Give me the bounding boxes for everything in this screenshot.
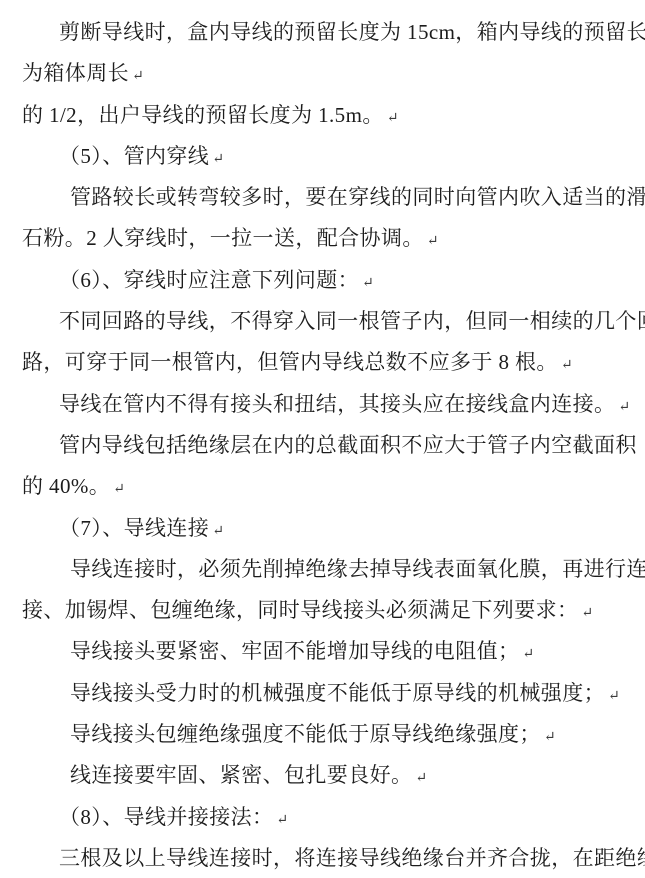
text-line: 接、加锡焊、包缠绝缘，同时导线接头必须满足下列要求：↵ <box>22 590 629 631</box>
paragraph-mark-icon: ↵ <box>415 771 427 786</box>
paragraph-mark-icon: ↵ <box>427 234 439 249</box>
line-text: 导线在管内不得有接头和扭结，其接头应在接线盒内连接。 <box>59 392 615 416</box>
text-line: 的 40%。↵ <box>22 466 629 507</box>
document-page: 剪断导线时，盒内导线的预留长度为 15cm，箱内导线的预留长度 为箱体周长↵ 的… <box>0 0 645 878</box>
line-text: 不同回路的导线，不得穿入同一根管子内，但同一相续的几个回 <box>59 309 645 333</box>
line-text: 的 40%。 <box>22 474 110 498</box>
line-text: 的 1/2，出户导线的预留长度为 1.5m。 <box>22 103 384 127</box>
line-text: 接、加锡焊、包缠绝缘，同时导线接头必须满足下列要求： <box>22 598 578 622</box>
text-line: 石粉。2 人穿线时，一拉一送，配合协调。↵ <box>22 218 629 259</box>
text-line: 管内导线包括绝缘层在内的总截面积不应大于管子内空截面积 <box>22 425 629 466</box>
line-text: 导线连接时，必须先削掉绝缘去掉导线表面氧化膜，再进行连 <box>70 557 645 581</box>
line-text: 导线接头要紧密、牢固不能增加导线的电阻值； <box>70 639 519 663</box>
paragraph-mark-icon: ↵ <box>212 152 224 167</box>
line-text: （6）、穿线时应注意下列问题： <box>59 268 359 292</box>
line-text: 为箱体周长 <box>22 61 129 85</box>
paragraph-mark-icon: ↵ <box>387 111 399 126</box>
line-text: 导线接头包缠绝缘强度不能低于原导线绝缘强度； <box>70 722 541 746</box>
text-line: 线连接要牢固、紧密、包扎要良好。↵ <box>22 755 629 796</box>
line-text: 剪断导线时，盒内导线的预留长度为 15cm，箱内导线的预留长度 <box>59 20 645 44</box>
text-line: （7）、导线连接↵ <box>22 508 629 549</box>
text-line: 导线接头要紧密、牢固不能增加导线的电阻值；↵ <box>22 631 629 672</box>
paragraph-mark-icon: ↵ <box>362 276 374 291</box>
paragraph-mark-icon: ↵ <box>561 358 573 373</box>
line-text: 石粉。2 人穿线时，一拉一送，配合协调。 <box>22 226 424 250</box>
paragraph-mark-icon: ↵ <box>522 647 534 662</box>
text-line: 三根及以上导线连接时，将连接导线绝缘台并齐合拢，在距绝缘 <box>22 838 629 878</box>
line-text: 管路较长或转弯较多时，要在穿线的同时向管内吹入适当的滑 <box>70 185 645 209</box>
paragraph-mark-icon: ↵ <box>276 813 288 828</box>
paragraph-mark-icon: ↵ <box>618 400 630 415</box>
line-text: 路，可穿于同一根管内，但管内导线总数不应多于 8 根。 <box>22 350 558 374</box>
text-line: （5）、管内穿线↵ <box>22 136 629 177</box>
paragraph-mark-icon: ↵ <box>113 482 125 497</box>
text-line: 剪断导线时，盒内导线的预留长度为 15cm，箱内导线的预留长度 <box>22 12 629 53</box>
text-line: 为箱体周长↵ <box>22 53 629 94</box>
text-line: 的 1/2，出户导线的预留长度为 1.5m。↵ <box>22 95 629 136</box>
text-line: 导线在管内不得有接头和扭结，其接头应在接线盒内连接。↵ <box>22 384 629 425</box>
text-line: 导线连接时，必须先削掉绝缘去掉导线表面氧化膜，再进行连 <box>22 549 629 590</box>
text-line: 管路较长或转弯较多时，要在穿线的同时向管内吹入适当的滑 <box>22 177 629 218</box>
line-text: 线连接要牢固、紧密、包扎要良好。 <box>70 763 412 787</box>
line-text: 三根及以上导线连接时，将连接导线绝缘台并齐合拢，在距绝缘 <box>59 846 645 870</box>
line-text: （5）、管内穿线 <box>59 144 209 168</box>
text-line: 导线接头包缠绝缘强度不能低于原导线绝缘强度；↵ <box>22 714 629 755</box>
text-line: 路，可穿于同一根管内，但管内导线总数不应多于 8 根。↵ <box>22 342 629 383</box>
paragraph-mark-icon: ↵ <box>132 69 144 84</box>
paragraph-mark-icon: ↵ <box>581 606 593 621</box>
text-line: 不同回路的导线，不得穿入同一根管子内，但同一相续的几个回 <box>22 301 629 342</box>
paragraph-mark-icon: ↵ <box>544 730 556 745</box>
text-line: （6）、穿线时应注意下列问题：↵ <box>22 260 629 301</box>
line-text: 管内导线包括绝缘层在内的总截面积不应大于管子内空截面积 <box>59 433 637 457</box>
paragraph-mark-icon: ↵ <box>608 689 620 704</box>
line-text: （8）、导线并接接法： <box>59 805 273 829</box>
text-line: 导线接头受力时的机械强度不能低于原导线的机械强度；↵ <box>22 673 629 714</box>
line-text: 导线接头受力时的机械强度不能低于原导线的机械强度； <box>70 681 605 705</box>
text-line: （8）、导线并接接法：↵ <box>22 797 629 838</box>
paragraph-mark-icon: ↵ <box>212 524 224 539</box>
line-text: （7）、导线连接 <box>59 516 209 540</box>
